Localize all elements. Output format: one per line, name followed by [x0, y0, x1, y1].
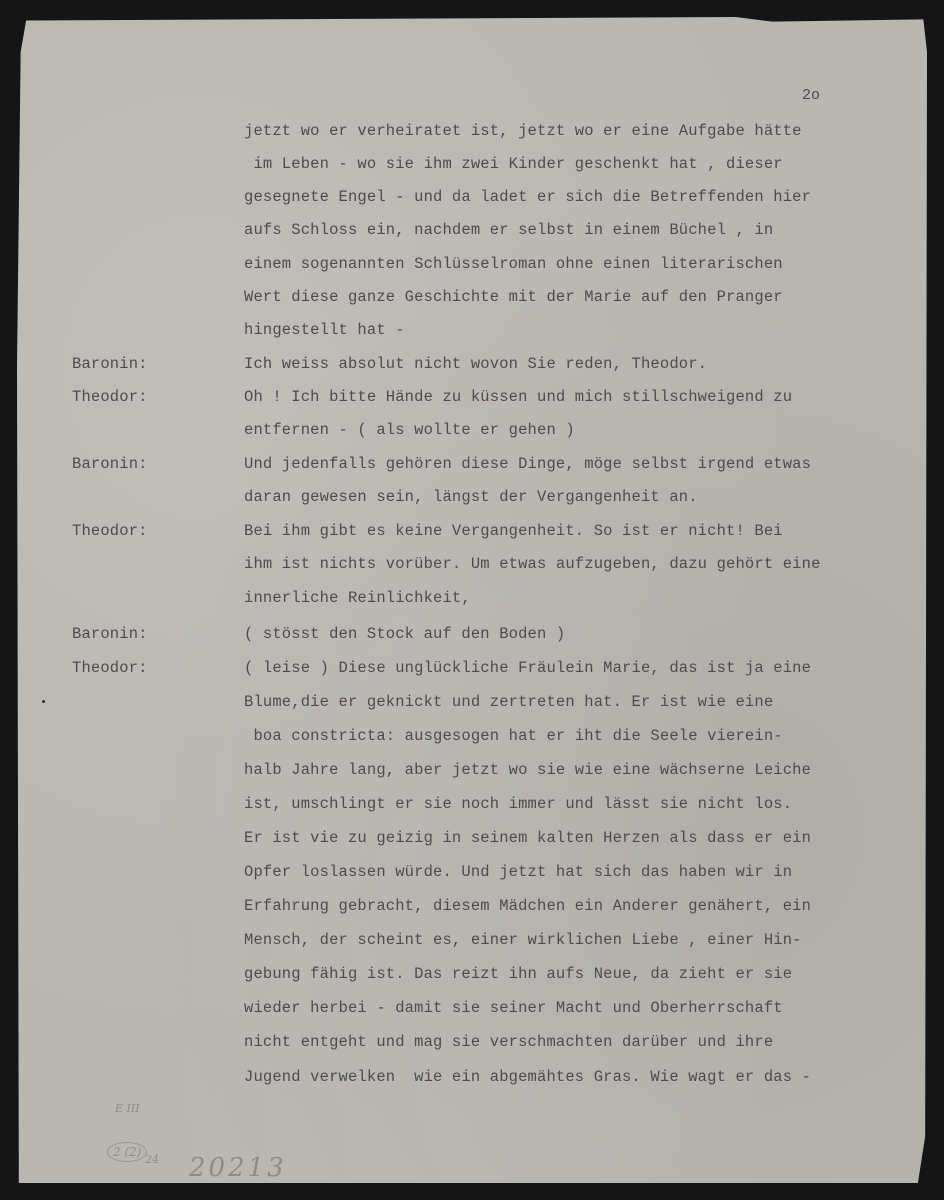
pencil-subscript: 24	[145, 1153, 159, 1166]
speaker-label: Baronin:	[72, 624, 148, 644]
text-line: ist, umschlingt er sie noch immer und lä…	[244, 794, 792, 814]
text-line: entfernen - ( als wollte er gehen )	[244, 420, 575, 440]
speaker-label: Baronin:	[72, 354, 148, 374]
text-line: Opfer loslassen würde. Und jetzt hat sic…	[244, 862, 792, 882]
text-line: Wert diese ganze Geschichte mit der Mari…	[244, 287, 783, 307]
text-line: Oh ! Ich bitte Hände zu küssen und mich …	[244, 387, 792, 407]
text-line: einem sogenannten Schlüsselroman ohne ei…	[244, 254, 783, 274]
text-line: gebung fähig ist. Das reizt ihn aufs Neu…	[244, 964, 792, 984]
text-line: aufs Schloss ein, nachdem er selbst in e…	[244, 220, 773, 240]
speaker-label: Theodor:	[72, 387, 148, 407]
text-line: Jugend verwelken wie ein abgemähtes Gras…	[244, 1067, 811, 1087]
text-line: ihm ist nichts vorüber. Um etwas aufzuge…	[244, 554, 821, 574]
text-line: boa constricta: ausgesogen hat er iht di…	[244, 726, 783, 746]
speaker-label: Theodor:	[72, 521, 148, 541]
text-line: hingestellt hat -	[244, 320, 405, 340]
text-line: Erfahrung gebracht, diesem Mädchen ein A…	[244, 896, 811, 916]
text-line: Mensch, der scheint es, einer wirklichen…	[244, 930, 802, 950]
text-line: Er ist vie zu geizig in seinem kalten He…	[244, 828, 811, 848]
text-line: Bei ihm gibt es keine Vergangenheit. So …	[244, 521, 783, 541]
text-line: jetzt wo er verheiratet ist, jetzt wo er…	[244, 121, 802, 141]
text-line: nicht entgeht und mag sie verschmachten …	[244, 1032, 773, 1052]
document-page: 2o jetzt wo er verheiratet ist, jetzt wo…	[17, 17, 927, 1183]
text-line: innerliche Reinlichkeit,	[244, 588, 471, 608]
text-line: ( stösst den Stock auf den Boden )	[244, 624, 565, 644]
text-line: wieder herbei - damit sie seiner Macht u…	[244, 998, 783, 1018]
text-line: Ich weiss absolut nicht wovon Sie reden,…	[244, 354, 707, 374]
speaker-label: Baronin:	[72, 454, 148, 474]
pencil-archive-mark: E III	[115, 1102, 140, 1115]
page-number: 2o	[802, 87, 820, 104]
text-line: halb Jahre lang, aber jetzt wo sie wie e…	[244, 760, 811, 780]
speaker-label: Theodor:	[72, 658, 148, 678]
ink-speck	[42, 700, 45, 703]
text-line: Blume,die er geknickt und zertreten hat.…	[244, 692, 773, 712]
text-line: Und jedenfalls gehören diese Dinge, möge…	[244, 454, 811, 474]
text-line: im Leben - wo sie ihm zwei Kinder gesche…	[244, 154, 783, 174]
text-line: gesegnete Engel - und da ladet er sich d…	[244, 187, 811, 207]
pencil-circled-mark: 2 (2)	[107, 1142, 147, 1162]
text-line: ( leise ) Diese unglückliche Fräulein Ma…	[244, 658, 811, 678]
pencil-catalog-number: 20213	[189, 1153, 287, 1183]
text-line: daran gewesen sein, längst der Vergangen…	[244, 487, 698, 507]
